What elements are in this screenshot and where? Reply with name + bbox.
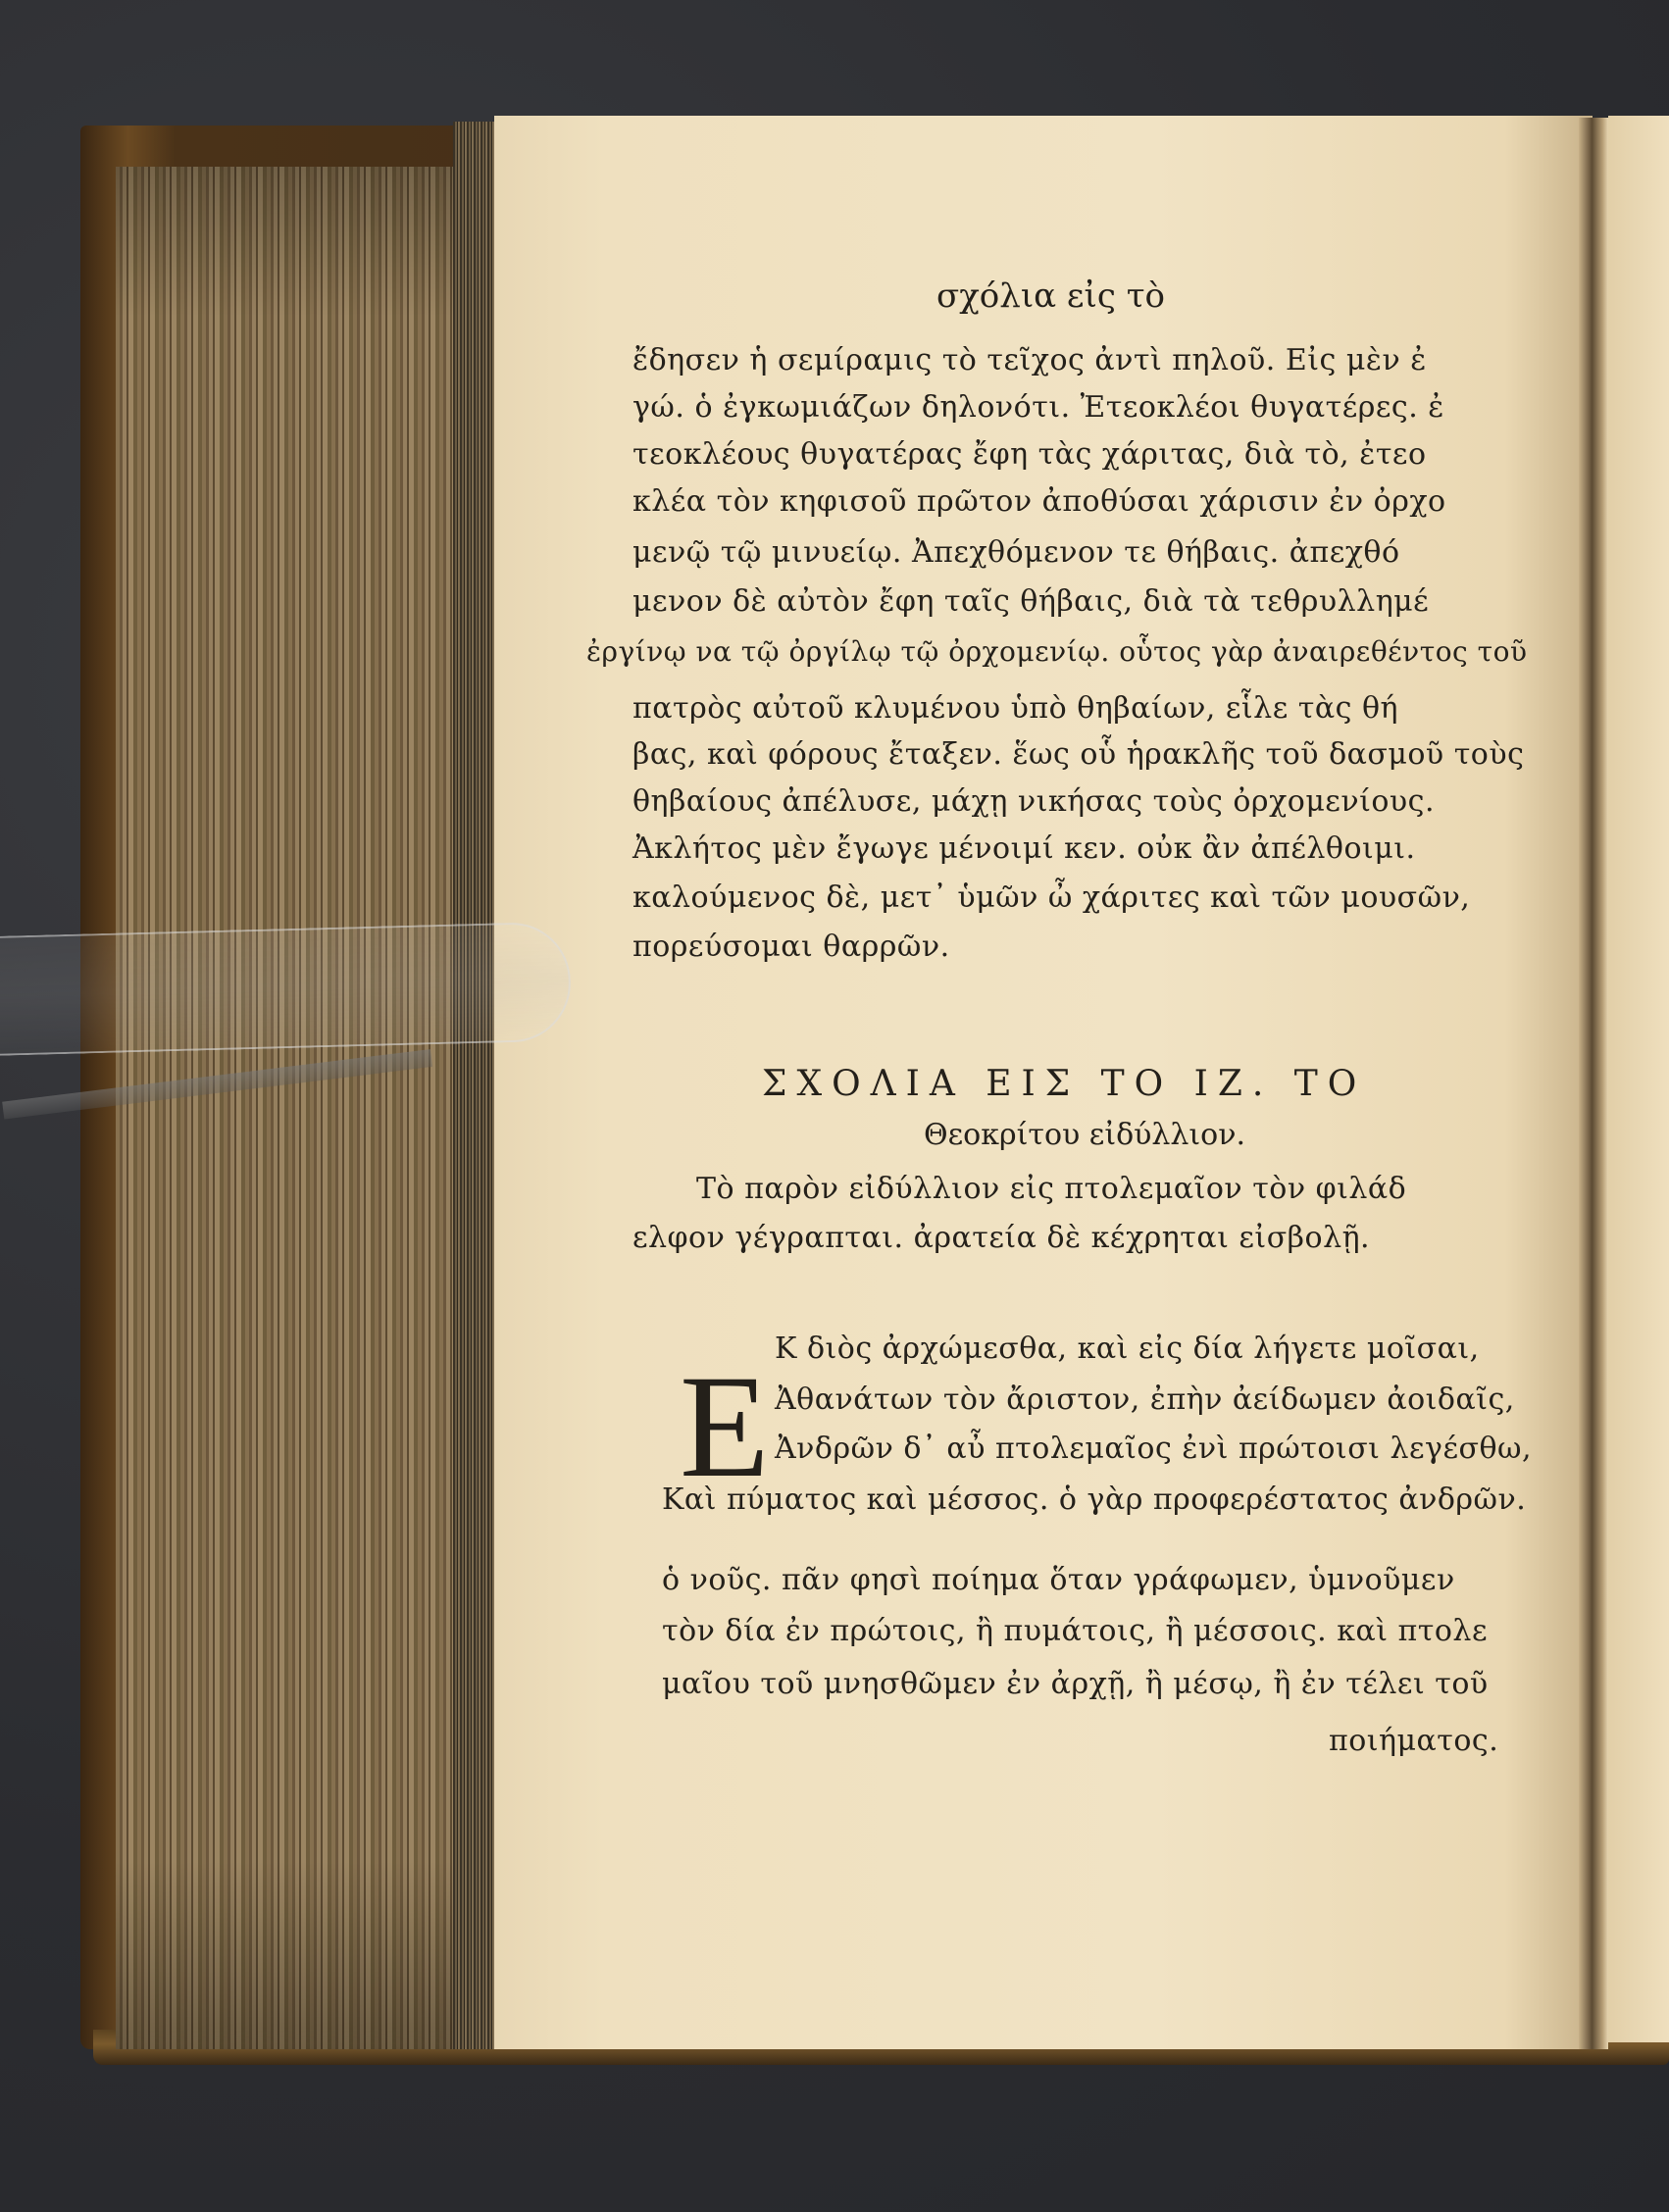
- commentary-line: βας, καὶ φόρους ἔταξεν. ἕως οὗ ἡρακλῆς τ…: [632, 737, 1524, 772]
- commentary-line: μενον δὲ αὐτὸν ἔφη ταῖς θήβαις, διὰ τὰ τ…: [632, 584, 1429, 619]
- verse-line: Κ διὸς ἀρχώμεσθα, καὶ εἰς δία λήγετε μοῖ…: [775, 1332, 1480, 1366]
- commentary-line: ἐργίνῳ να τῷ ὀργίλῳ τῷ ὀρχομενίῳ. οὗτος …: [586, 635, 1528, 668]
- verse-commentary-line: μαῖου τοῦ μνησθῶμεν ἐν ἀρχῇ, ἢ μέσῳ, ἢ ἐ…: [662, 1667, 1489, 1701]
- commentary-line: γώ. ὁ ἐγκωμιάζων δηλονότι. Ἐτεοκλέοι θυγ…: [632, 390, 1444, 425]
- commentary-line: μενῷ τῷ μινυείῳ. Ἀπεχθόμενον τε θήβαις. …: [632, 535, 1400, 570]
- page-holder-clip: [0, 922, 572, 1056]
- commentary-line: ἔδησεν ἡ σεμίραμις τὸ τεῖχος ἀντὶ πηλοῦ.…: [632, 343, 1427, 377]
- book-gutter: [1579, 118, 1608, 2049]
- verse-line: Ἀνδρῶν δ᾽ αὖ πτολεμαῖος ἐνὶ πρώτοισι λεγ…: [775, 1432, 1532, 1466]
- verse-commentary-line: Καὶ πύματος καὶ μέσσος. ὁ γὰρ προφερέστα…: [662, 1483, 1526, 1517]
- verse-commentary-line: ὁ νοῦς. πᾶν φησὶ ποίημα ὅταν γράφωμεν, ὑ…: [662, 1563, 1455, 1597]
- page-stack-inner-edge: [453, 122, 496, 2049]
- drop-cap: E: [680, 1353, 770, 1500]
- commentary-line: πορεύσομαι θαρρῶν.: [632, 930, 950, 964]
- commentary-line: κλέα τὸν κηφισοῦ πρῶτον ἀποθύσαι χάρισιν…: [632, 484, 1446, 519]
- section-heading: ΣΧΟΛΙΑ ΕΙΣ ΤΟ ΙΖ. ΤΟ: [762, 1064, 1366, 1104]
- intro-line: ελφον γέγραπται. ἀρατεία δὲ κέχρηται εἰσ…: [632, 1221, 1370, 1255]
- facing-page-edge: [1608, 116, 1669, 2042]
- commentary-line: πατρὸς αὐτοῦ κλυμένου ὑπὸ θηβαίων, εἷλε …: [632, 691, 1398, 726]
- running-head: σχόλια εἰς τὸ: [936, 276, 1165, 316]
- verse-commentary-line: τὸν δία ἐν πρώτοις, ἢ πυμάτοις, ἢ μέσσοι…: [662, 1614, 1488, 1648]
- commentary-line: Ἀκλήτος μὲν ἔγωγε μένοιμί κεν. οὐκ ἂν ἀπ…: [632, 831, 1416, 866]
- commentary-line: θηβαίους ἀπέλυσε, μάχῃ νικήσας τοὺς ὀρχο…: [632, 784, 1435, 819]
- commentary-line: καλούμενος δὲ, μετ᾽ ὑμῶν ὦ χάριτες καὶ τ…: [632, 880, 1470, 915]
- intro-line: Τὸ παρὸν εἰδύλλιον εἰς πτολεμαῖον τὸν φι…: [696, 1172, 1406, 1206]
- section-subheading: Θεοκρίτου εἰδύλλιον.: [924, 1118, 1245, 1152]
- commentary-line: τεοκλέους θυγατέρας ἔφη τὰς χάριτας, διὰ…: [632, 437, 1427, 472]
- verse-commentary-line: ποιήματος.: [1329, 1724, 1498, 1758]
- page-fore-edge-stack: [116, 167, 488, 2049]
- verse-line: Ἀθανάτων τὸν ἄριστον, ἐπὴν ἀείδωμεν ἀοιδ…: [775, 1382, 1515, 1417]
